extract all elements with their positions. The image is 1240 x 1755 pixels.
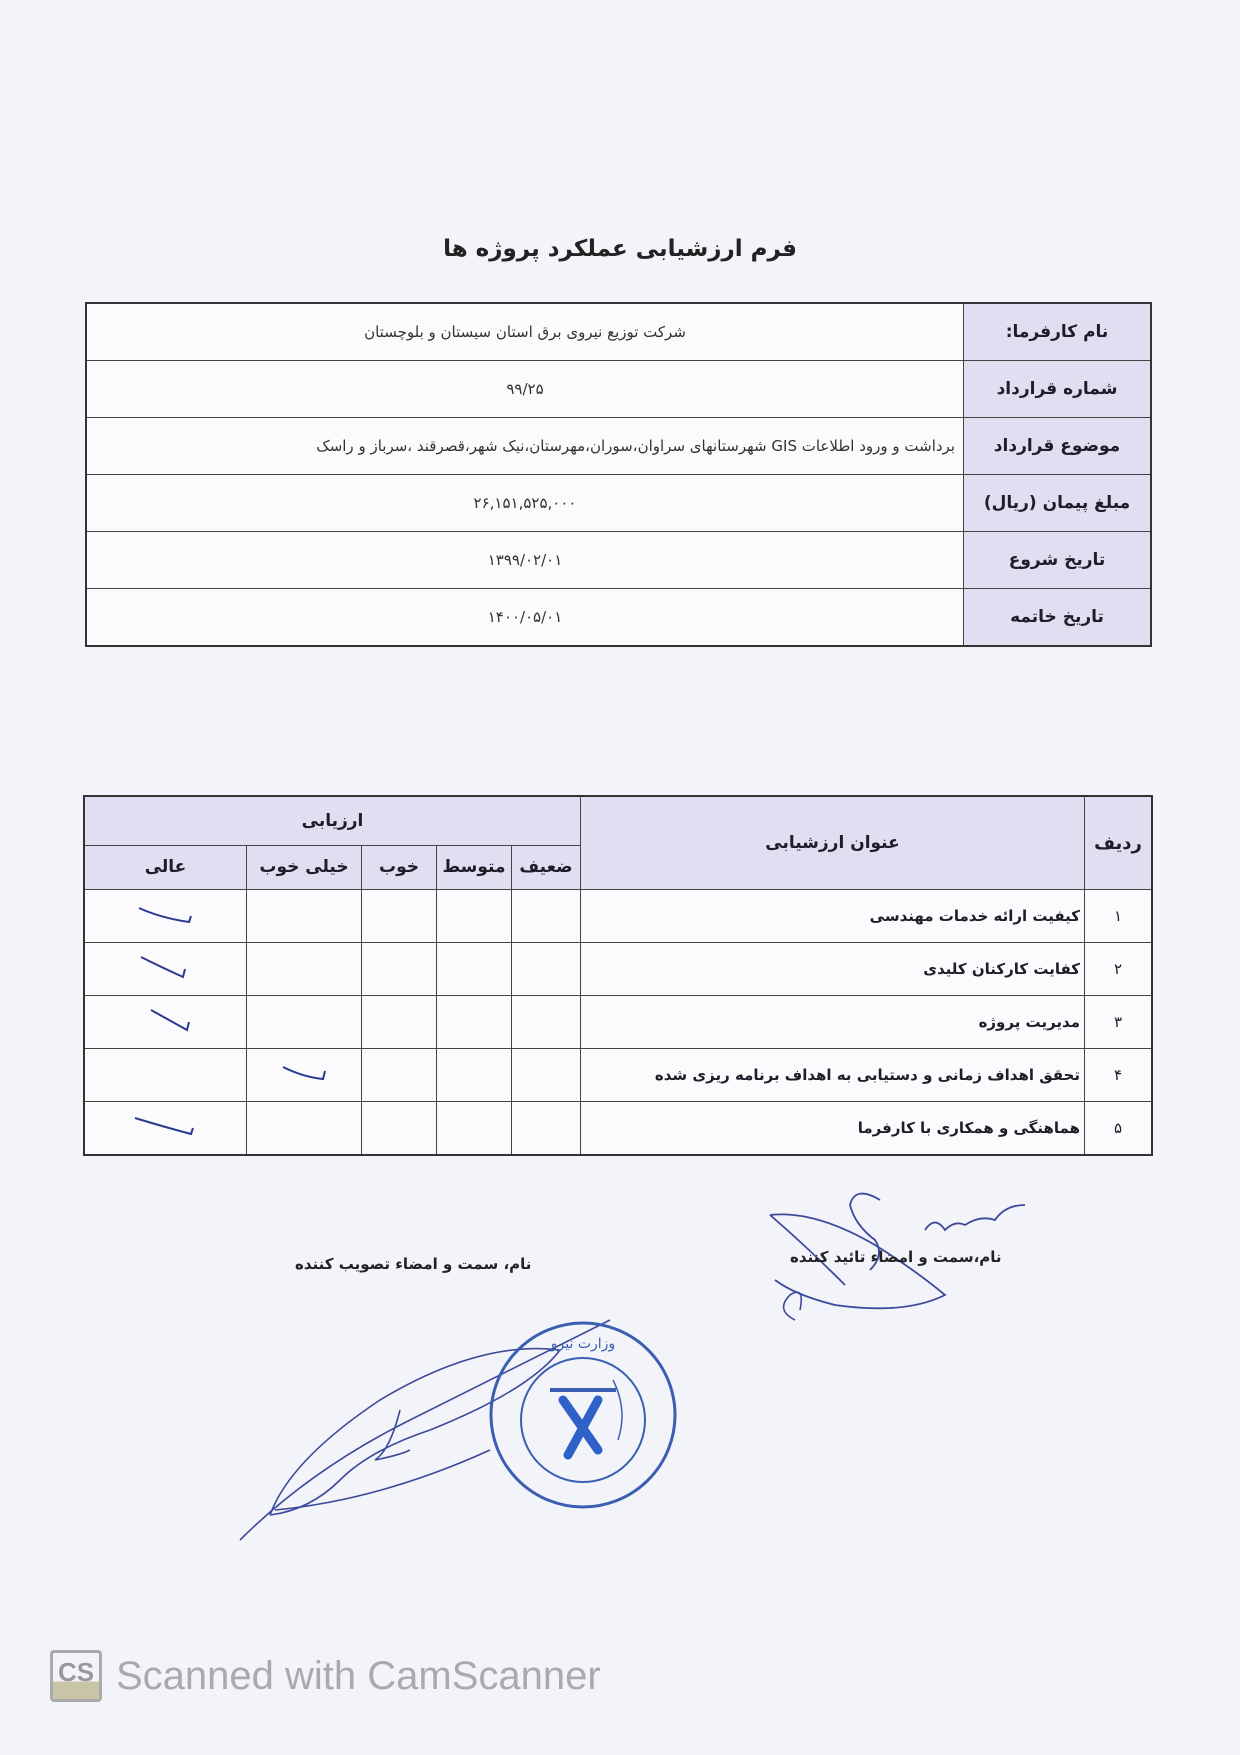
checkmark-icon — [269, 1059, 339, 1087]
eval-header-row: ردیف عنوان ارزشیابی ارزیابی — [84, 796, 1152, 845]
cell-excellent[interactable] — [84, 943, 247, 996]
criteria-text: تحقق اهداف زمانی و دستیابی به اهداف برنا… — [581, 1049, 1085, 1102]
checkmark-icon — [131, 953, 201, 981]
cell-average[interactable] — [437, 890, 512, 943]
grade-excellent: عالی — [84, 845, 247, 889]
cell-weak[interactable] — [512, 1049, 581, 1102]
cell-very-good[interactable] — [247, 996, 362, 1049]
grade-average: متوسط — [437, 845, 512, 889]
evaluation-table: ردیف عنوان ارزشیابی ارزیابی ضعیف متوسط خ… — [83, 795, 1153, 1156]
cell-excellent[interactable] — [84, 890, 247, 943]
cell-weak[interactable] — [512, 996, 581, 1049]
camscanner-watermark: CS Scanned with CamScanner — [50, 1650, 601, 1702]
contract-number-label: شماره قرارداد — [964, 361, 1152, 418]
cell-good[interactable] — [362, 943, 437, 996]
eval-row: ۴ تحقق اهداف زمانی و دستیابی به اهداف بر… — [84, 1049, 1152, 1102]
criteria-text: هماهنگی و همکاری با کارفرما — [581, 1102, 1085, 1156]
criteria-text: کفایت کارکنان کلیدی — [581, 943, 1085, 996]
grade-good: خوب — [362, 845, 437, 889]
checkmark-icon — [131, 1006, 201, 1034]
employer-label: نام کارفرما: — [964, 303, 1152, 361]
eval-row: ۱ کیفیت ارائه خدمات مهندسی — [84, 890, 1152, 943]
cell-excellent[interactable] — [84, 996, 247, 1049]
rating-group-header: ارزیابی — [84, 796, 581, 845]
contract-number-value: ۹۹/۲۵ — [86, 361, 964, 418]
info-row-start-date: تاریخ شروع ۱۳۹۹/۰۲/۰۱ — [86, 532, 1151, 589]
info-row-end-date: تاریخ خاتمه ۱۴۰۰/۰۵/۰۱ — [86, 589, 1151, 647]
criteria-text: مدیریت پروژه — [581, 996, 1085, 1049]
criteria-header: عنوان ارزشیابی — [581, 796, 1085, 890]
cell-weak[interactable] — [512, 890, 581, 943]
info-row-subject: موضوع قرارداد برداشت و ورود اطلاعات GIS … — [86, 418, 1151, 475]
cell-average[interactable] — [437, 943, 512, 996]
row-number: ۱ — [1085, 890, 1153, 943]
cell-average[interactable] — [437, 1102, 512, 1156]
row-number: ۳ — [1085, 996, 1153, 1049]
row-number: ۲ — [1085, 943, 1153, 996]
cell-average[interactable] — [437, 1049, 512, 1102]
cell-very-good[interactable] — [247, 890, 362, 943]
verifier-signature-label: نام،سمت و امضاء تائید کننده — [790, 1248, 1002, 1266]
criteria-text: کیفیت ارائه خدمات مهندسی — [581, 890, 1085, 943]
camscanner-logo-icon: CS — [50, 1650, 102, 1702]
grade-weak: ضعیف — [512, 845, 581, 889]
stamp-ministry-text: وزارت نیرو — [550, 1336, 615, 1352]
cell-good[interactable] — [362, 996, 437, 1049]
cell-weak[interactable] — [512, 1102, 581, 1156]
amount-value: ۲۶,۱۵۱,۵۲۵,۰۰۰ — [86, 475, 964, 532]
grade-very-good: خیلی خوب — [247, 845, 362, 889]
company-stamp-icon: وزارت نیرو — [478, 1310, 688, 1520]
checkmark-icon — [131, 900, 201, 928]
cell-good[interactable] — [362, 890, 437, 943]
approver-signature-label: نام، سمت و امضاء تصویب کننده — [295, 1255, 531, 1273]
subject-label: موضوع قرارداد — [964, 418, 1152, 475]
info-row-contract-number: شماره قرارداد ۹۹/۲۵ — [86, 361, 1151, 418]
row-number-header: ردیف — [1085, 796, 1153, 890]
eval-row: ۲ کفایت کارکنان کلیدی — [84, 943, 1152, 996]
end-date-label: تاریخ خاتمه — [964, 589, 1152, 647]
subject-value: برداشت و ورود اطلاعات GIS شهرستانهای سرا… — [86, 418, 964, 475]
start-date-value: ۱۳۹۹/۰۲/۰۱ — [86, 532, 964, 589]
cell-very-good[interactable] — [247, 943, 362, 996]
cell-very-good[interactable] — [247, 1102, 362, 1156]
eval-row: ۵ هماهنگی و همکاری با کارفرما — [84, 1102, 1152, 1156]
cell-very-good[interactable] — [247, 1049, 362, 1102]
cell-good[interactable] — [362, 1049, 437, 1102]
row-number: ۵ — [1085, 1102, 1153, 1156]
checkmark-icon — [131, 1112, 201, 1140]
cell-weak[interactable] — [512, 943, 581, 996]
start-date-label: تاریخ شروع — [964, 532, 1152, 589]
watermark-text: Scanned with CamScanner — [116, 1654, 601, 1699]
row-number: ۴ — [1085, 1049, 1153, 1102]
page-title: فرم ارزشیابی عملکرد پروژه ها — [0, 236, 1240, 262]
amount-label: مبلغ پیمان (ریال) — [964, 475, 1152, 532]
cell-excellent[interactable] — [84, 1049, 247, 1102]
cell-average[interactable] — [437, 996, 512, 1049]
info-row-amount: مبلغ پیمان (ریال) ۲۶,۱۵۱,۵۲۵,۰۰۰ — [86, 475, 1151, 532]
employer-value: شرکت توزیع نیروی برق استان سیستان و بلوچ… — [86, 303, 964, 361]
contract-info-table: نام کارفرما: شرکت توزیع نیروی برق استان … — [85, 302, 1152, 647]
cell-good[interactable] — [362, 1102, 437, 1156]
cell-excellent[interactable] — [84, 1102, 247, 1156]
end-date-value: ۱۴۰۰/۰۵/۰۱ — [86, 589, 964, 647]
info-row-employer: نام کارفرما: شرکت توزیع نیروی برق استان … — [86, 303, 1151, 361]
eval-row: ۳ مدیریت پروژه — [84, 996, 1152, 1049]
